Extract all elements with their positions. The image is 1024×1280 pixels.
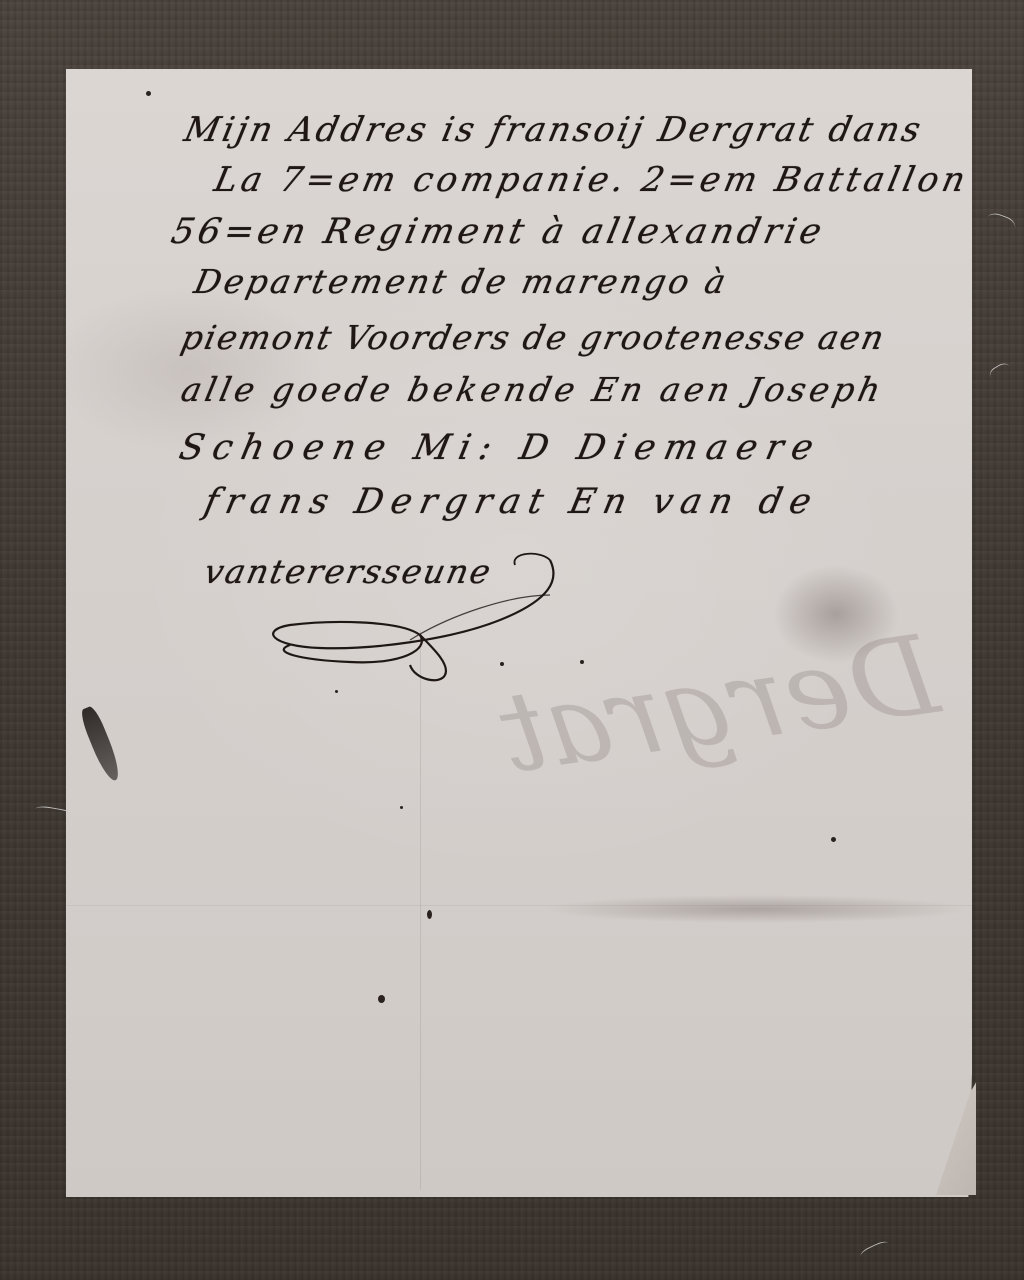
ink-speck	[400, 806, 403, 809]
backdrop-scratch	[859, 1239, 891, 1262]
backdrop-scratch	[982, 211, 1017, 241]
ink-speck	[427, 910, 432, 919]
fold-crease	[420, 630, 421, 1190]
letter-line-7: Schoene Mi: D Diemaere	[176, 428, 826, 468]
letter-line-1: Mijn Addres is fransoij Dergrat dans	[181, 110, 927, 150]
letter-line-2: La 7=em companie. 2=em Battallon	[211, 160, 973, 200]
fold-crease	[66, 905, 972, 906]
backdrop-scratch	[987, 361, 1015, 387]
letter-line-4: Departement de marengo à	[191, 262, 732, 301]
letter-line-8: frans Dergrat En van de	[201, 482, 823, 522]
letter-line-3: 56=en Regiment à allexandrie	[168, 212, 829, 252]
ink-speck	[146, 91, 151, 96]
letter-line-5: piemont Voorders de grootenesse aen	[178, 318, 890, 357]
letter-line-6: alle goede bekende En aen Joseph	[178, 370, 888, 409]
signature-flourish	[250, 540, 590, 700]
ink-speck	[378, 995, 385, 1003]
ink-speck	[831, 837, 836, 842]
